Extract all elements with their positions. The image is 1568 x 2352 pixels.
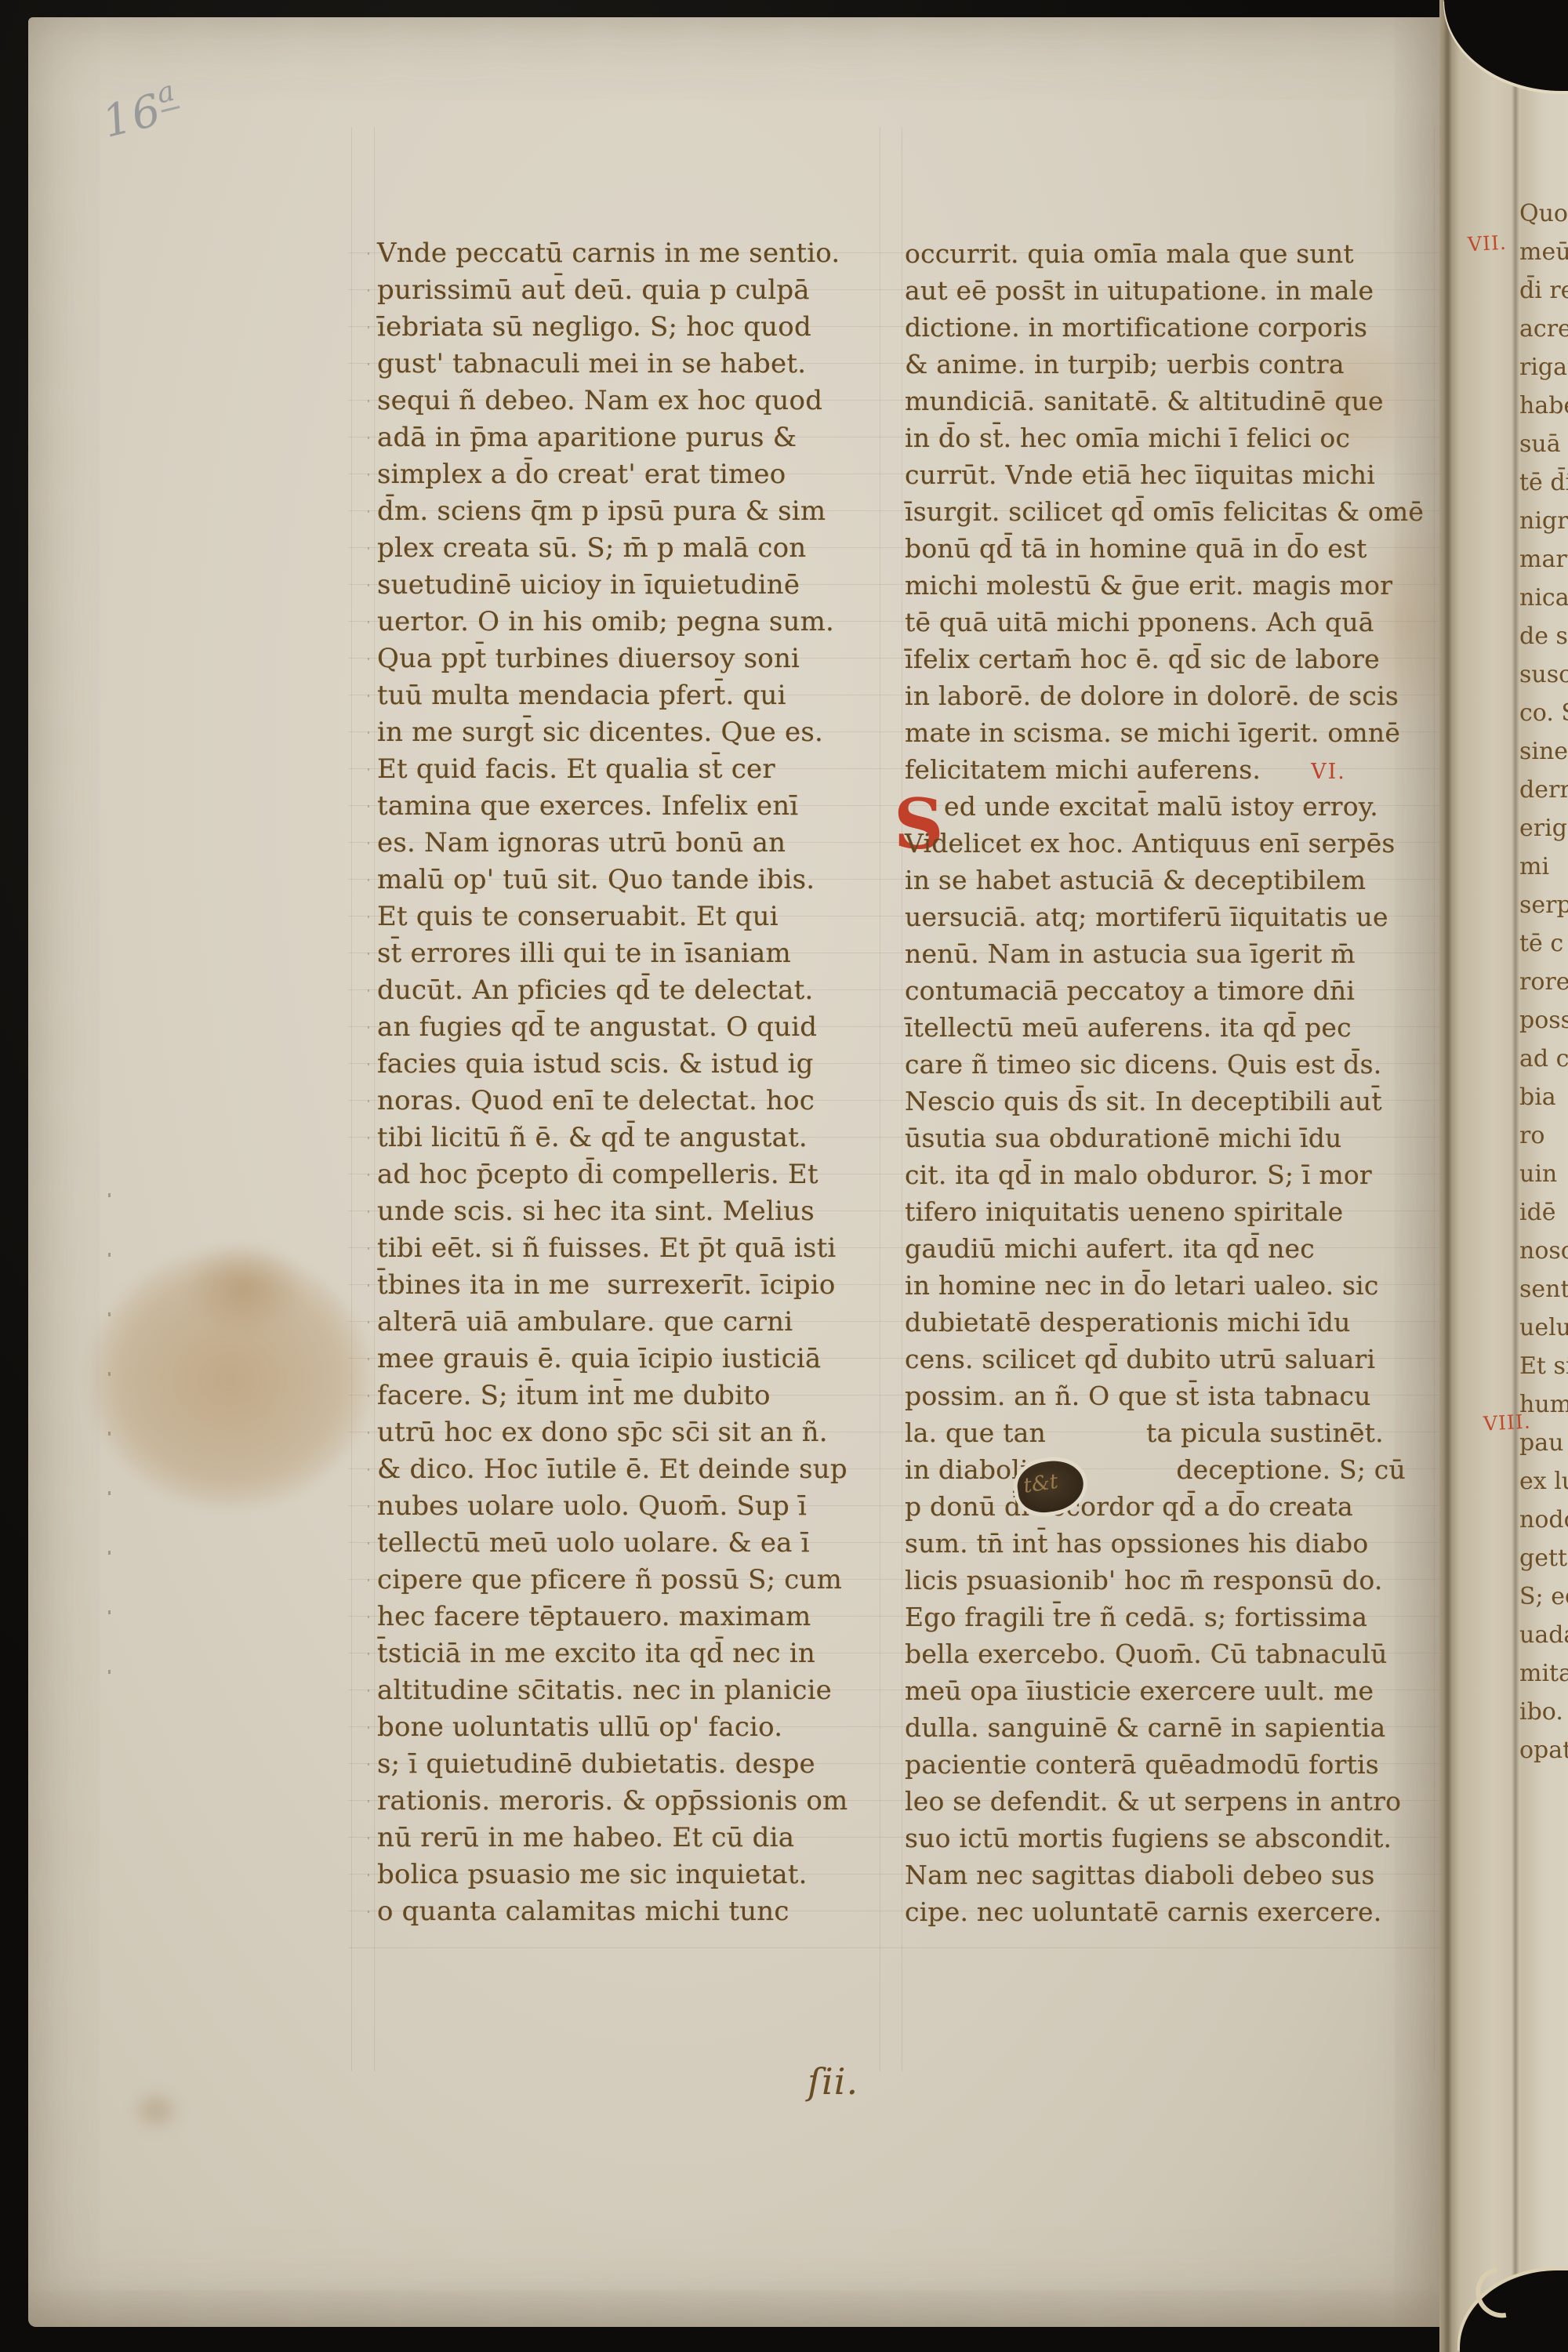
manuscript-line: ūsutia sua obdurationē michi īdu <box>905 1120 1435 1156</box>
next-page-fragment: Quoñ <box>1519 194 1568 233</box>
manuscript-line: suo ictū mortis fugiens se abscondit. <box>905 1820 1435 1857</box>
next-page-fragment: pau <box>1519 1424 1568 1462</box>
manuscript-line: mate in scisma. se michi īgerit. omnē <box>905 714 1435 751</box>
manuscript-line: adā in p̄ma aparitione purus & <box>377 419 858 456</box>
manuscript-line: occurrit. quia omīa mala que sunt <box>905 235 1435 272</box>
manuscript-line: tibi licitū ñ ē. & qd̄ te angustat. <box>377 1120 858 1156</box>
next-page-fragment: rore <box>1519 963 1568 1001</box>
next-page-fragment: nosc <box>1519 1232 1568 1270</box>
manuscript-line: nubes uolare uolo. Quom̄. Sup ī <box>377 1488 858 1525</box>
next-page-fragment: mart <box>1519 540 1568 579</box>
manuscript-line: bolica psuasio me sic inquietat. <box>377 1857 858 1893</box>
next-page-fragment: uelu <box>1519 1308 1568 1347</box>
manuscript-line: pacientie conterā quēadmodū fortis <box>905 1746 1435 1783</box>
next-page-fragment: poss <box>1519 1001 1568 1040</box>
next-page-fragment: nica <box>1519 579 1568 617</box>
next-page-fragment: d̄i res <box>1519 271 1568 310</box>
manuscript-line: t̄sticiā in me excito ita qd̄ nec in <box>377 1635 858 1672</box>
manuscript-line: Ego fragili t̄re ñ cedā. s; fortissima <box>905 1599 1435 1635</box>
manuscript-line: īebriata sū negligo. S; hoc quod <box>377 309 858 346</box>
manuscript-line: in homine nec in d̄o letari ualeo. sic <box>905 1267 1435 1304</box>
manuscript-page: 16a Vnde peccatū carnis in me sentio.pur… <box>28 17 1441 2327</box>
manuscript-line: gaudiū michi aufert. ita qd̄ nec <box>905 1230 1435 1267</box>
manuscript-line: Vnde peccatū carnis in me sentio. <box>377 235 858 272</box>
manuscript-line: Et quid facis. Et qualia st̄ cer <box>377 751 858 788</box>
next-page-fragment: tē d̄i <box>1519 463 1568 502</box>
next-page-fragment: nigra <box>1519 502 1568 540</box>
manuscript-line: leo se defendit. & ut serpens in antro <box>905 1783 1435 1820</box>
manuscript-line: uersuciā. atq; mortiferū īiquitatis ue <box>905 898 1435 935</box>
folio-number: 16a <box>96 74 185 148</box>
next-page-fragment: suā o <box>1519 425 1568 463</box>
manuscript-line: sequi ñ debeo. Nam ex hoc quod <box>377 383 858 419</box>
next-page-fragment: nodo <box>1519 1501 1568 1539</box>
next-page-fragment: erig <box>1519 809 1568 848</box>
manuscript-line: meū opa īiusticie exercere uult. me <box>905 1672 1435 1709</box>
next-page-fragment: Et si <box>1519 1347 1568 1385</box>
manuscript-line: cipe. nec uoluntatē carnis exercere. <box>905 1893 1435 1930</box>
text-column-left: Vnde peccatū carnis in me sentio.purissi… <box>377 235 858 1930</box>
quire-signature: ſii. <box>808 2060 858 2103</box>
next-page-fragment: ibo. O <box>1519 1693 1568 1731</box>
next-page-fragment: mitas <box>1519 1654 1568 1693</box>
manuscript-line: unde scis. si hec ita sint. Melius <box>377 1193 858 1230</box>
manuscript-line: Sed unde excitat̄ malū istoy erroy. <box>905 788 1435 825</box>
manuscript-line: tellectū meū uolo uolare. & ea ī <box>377 1525 858 1562</box>
ruling-line-vertical <box>880 127 880 2071</box>
manuscript-line: dictione. in mortificatione corporis <box>905 309 1435 346</box>
next-page-fragment: co. S; <box>1519 694 1568 732</box>
next-page-fragment: acre q <box>1519 310 1568 348</box>
manuscript-line: īfelix certam̄ hoc ē. qd̄ sic de labore <box>905 641 1435 677</box>
manuscript-line: mee grauis ē. quia īcipio iusticiā <box>377 1341 858 1377</box>
manuscript-line: hec facere tēptauero. maximam <box>377 1599 858 1635</box>
manuscript-line: simplex a d̄o creat' erat timeo <box>377 456 858 493</box>
manuscript-line: utrū hoc ex dono sp̄c sc̄i sit an ñ. <box>377 1414 858 1451</box>
next-page-fragment: uada <box>1519 1616 1568 1654</box>
manuscript-line: bone uoluntatis ullū op' facio. <box>377 1709 858 1746</box>
next-page-fragment: tē c <box>1519 924 1568 963</box>
manuscript-line: st̄ errores illi qui te in īsaniam <box>377 935 858 972</box>
manuscript-line: ītellectū meū auferens. ita qd̄ pec <box>905 1009 1435 1046</box>
manuscript-line: tuū multa mendacia pfert̄. qui <box>377 677 858 714</box>
manuscript-line: o quanta calamitas michi tunc <box>377 1893 858 1930</box>
manuscript-line: felicitatem michi auferens.VI. <box>905 751 1435 788</box>
manuscript-line: Qua ppt̄ turbines diuersoy soni <box>377 641 858 677</box>
manuscript-line: Nam nec sagittas diaboli debeo sus <box>905 1857 1435 1893</box>
manuscript-line: cens. scilicet qd̄ dubito utrū saluari <box>905 1341 1435 1377</box>
text-column-right: occurrit. quia omīa mala que suntaut eē … <box>905 235 1435 1930</box>
next-page-fragment: derr <box>1519 771 1568 809</box>
next-page-fragment: rigat <box>1519 348 1568 387</box>
next-page-fragment: ro <box>1519 1116 1568 1155</box>
gutter-crease <box>1444 0 1452 2352</box>
manuscript-line: dulla. sanguinē & carnē in sapientia <box>905 1709 1435 1746</box>
next-page-fragment: sine <box>1519 732 1568 771</box>
manuscript-line: tibi eēt. si ñ fuisses. Et p̄t quā isti <box>377 1230 858 1267</box>
manuscript-line: ad hoc p̄cepto d̄i compelleris. Et <box>377 1156 858 1193</box>
manuscript-line: dubietatē desperationis michi īdu <box>905 1304 1435 1341</box>
manuscript-line: cit. ita qd̄ in malo obduror. S; ī mor <box>905 1156 1435 1193</box>
section-number-vi: VI. <box>1311 760 1346 784</box>
manuscript-line: michi molestū & ḡue erit. magis mor <box>905 567 1435 604</box>
manuscript-line: contumaciā peccatoy a timore dn̄i <box>905 972 1435 1009</box>
next-page-fragment: sent <box>1519 1270 1568 1308</box>
manuscript-line: īsurgit. scilicet qd̄ omīs felicitas & o… <box>905 493 1435 530</box>
manuscript-line: in se habet astuciā & deceptibilem <box>905 862 1435 898</box>
manuscript-line: bonū qd̄ tā in homine quā in d̄o est <box>905 530 1435 567</box>
next-page-text-fragments: Quoñmeū id̄i resacre qrigathabensuā otē … <box>1519 194 1568 1769</box>
next-page-fragment: opata <box>1519 1731 1568 1769</box>
manuscript-line: plex creata sū. S; m̄ p malā con <box>377 530 858 567</box>
manuscript-line: Videlicet ex hoc. Antiquus enī serpēs <box>905 825 1435 862</box>
manuscript-line: nenū. Nam in astucia sua īgerit m̄ <box>905 935 1435 972</box>
manuscript-line: purissimū aut̄ deū. quia p culpā <box>377 272 858 309</box>
manuscript-line: Nescio quis d̄s sit. In deceptibili aut̄ <box>905 1083 1435 1120</box>
manuscript-line: s; ī quietudinē dubietatis. despe <box>377 1746 858 1783</box>
pricking-dots <box>368 252 369 1938</box>
manuscript-line: facies quia istud scis. & istud ig <box>377 1046 858 1083</box>
manuscript-line: d̄m. sciens q̄m p ipsū pura & sim <box>377 493 858 530</box>
next-page-fragment: serp <box>1519 886 1568 924</box>
manuscript-line: es. Nam ignoras utrū bonū an <box>377 825 858 862</box>
manuscript-line: mundiciā. sanitatē. & altitudinē que <box>905 383 1435 419</box>
next-page-fragment: meū i <box>1519 233 1568 271</box>
manuscript-line: in me surgt̄ sic dicentes. Que es. <box>377 714 858 751</box>
manuscript-line: Et quis te conseruabit. Et qui <box>377 898 858 935</box>
manuscript-line: noras. Quod enī te delectat. hoc <box>377 1083 858 1120</box>
manuscript-line: cipere que pficere ñ possū S; cum <box>377 1562 858 1599</box>
manuscript-line: licis psuasionib' hoc m̄ responsū do. <box>905 1562 1435 1599</box>
photo-background: 16a Vnde peccatū carnis in me sentio.pur… <box>0 0 1568 2352</box>
next-page-fragment: ad c <box>1519 1040 1568 1078</box>
manuscript-line: tē quā uitā michi pponens. Ach quā <box>905 604 1435 641</box>
ruling-line-vertical <box>351 127 352 2071</box>
manuscript-line: nū rerū in me habeo. Et cū dia <box>377 1820 858 1857</box>
stain <box>185 1240 303 1334</box>
next-page-fragment: mi <box>1519 848 1568 886</box>
hole-showthrough-text: t&t <box>1022 1470 1060 1498</box>
manuscript-line: in d̄o st̄. hec omīa michi ī felici oc <box>905 419 1435 456</box>
manuscript-line: alterā uiā ambulare. que carni <box>377 1304 858 1341</box>
manuscript-line: rationis. meroris. & opp̄ssionis om <box>377 1783 858 1820</box>
manuscript-line: & dico. Hoc īutile ē. Et deinde sup <box>377 1451 858 1488</box>
ruling-line-vertical <box>902 127 902 2071</box>
next-page-fragment: getta <box>1519 1539 1568 1577</box>
manuscript-line: suetudinē uicioy in īquietudinē <box>377 567 858 604</box>
manuscript-line: an fugies qd̄ te angustat. O quid <box>377 1009 858 1046</box>
next-page-fragment: ex lu <box>1519 1462 1568 1501</box>
manuscript-line: possim. an ñ. O que st̄ ista tabnacu <box>905 1377 1435 1414</box>
manuscript-line: ducūt. An pficies qd̄ te delectat. <box>377 972 858 1009</box>
manuscript-line: care ñ timeo sic dicens. Quis est d̄s. <box>905 1046 1435 1083</box>
ruling-line-vertical <box>374 127 375 2071</box>
manuscript-line: & anime. in turpib; uerbis contra <box>905 346 1435 383</box>
manuscript-line: aut eē poss̄t in uitupatione. in male <box>905 272 1435 309</box>
next-page-fragment: de sp <box>1519 617 1568 655</box>
next-page-fragment: hum <box>1519 1385 1568 1424</box>
manuscript-line: malū op' tuū sit. Quo tande ibis. <box>377 862 858 898</box>
next-page-fragment: uin <box>1519 1155 1568 1193</box>
manuscript-line: in laborē. de dolore in dolorē. de scis <box>905 677 1435 714</box>
manuscript-line: in diabolicadeceptione. S; cū <box>905 1451 1435 1488</box>
manuscript-line: t̄bines ita in me surrexerīt. īcipio <box>377 1267 858 1304</box>
manuscript-line: sum. tn̄ int̄ has opssiones his diabo <box>905 1525 1435 1562</box>
manuscript-line: p donū d̄i recordor qd̄ a d̄o creata <box>905 1488 1435 1525</box>
stain <box>129 2087 183 2134</box>
manuscript-line: tamina que exerces. Infelix enī <box>377 788 858 825</box>
manuscript-line: altitudine sc̄itatis. nec in planicie <box>377 1672 858 1709</box>
manuscript-line: facere. S; it̄um int̄ me dubito <box>377 1377 858 1414</box>
next-page-fragment: haben <box>1519 387 1568 425</box>
manuscript-line: gust' tabnaculi mei in se habet. <box>377 346 858 383</box>
manuscript-line: currūt. Vnde etiā hec īiquitas michi <box>905 456 1435 493</box>
manuscript-line: tifero iniquitatis ueneno spiritale <box>905 1193 1435 1230</box>
next-page-fragment: idē <box>1519 1193 1568 1232</box>
next-page-fragment: bia <box>1519 1078 1568 1116</box>
next-page-fragment: S; eq <box>1519 1577 1568 1616</box>
chapter-marker-vii: VII. <box>1467 231 1507 256</box>
manuscript-line: la. que tanta picula sustinēt. <box>905 1414 1435 1451</box>
gutter-crease <box>1512 0 1519 2352</box>
manuscript-line: uertor. O in his omib; pegna sum. <box>377 604 858 641</box>
manuscript-line: bella exercebo. Quom̄. Cū tabnaculū <box>905 1635 1435 1672</box>
next-page-fragment: suscip <box>1519 655 1568 694</box>
